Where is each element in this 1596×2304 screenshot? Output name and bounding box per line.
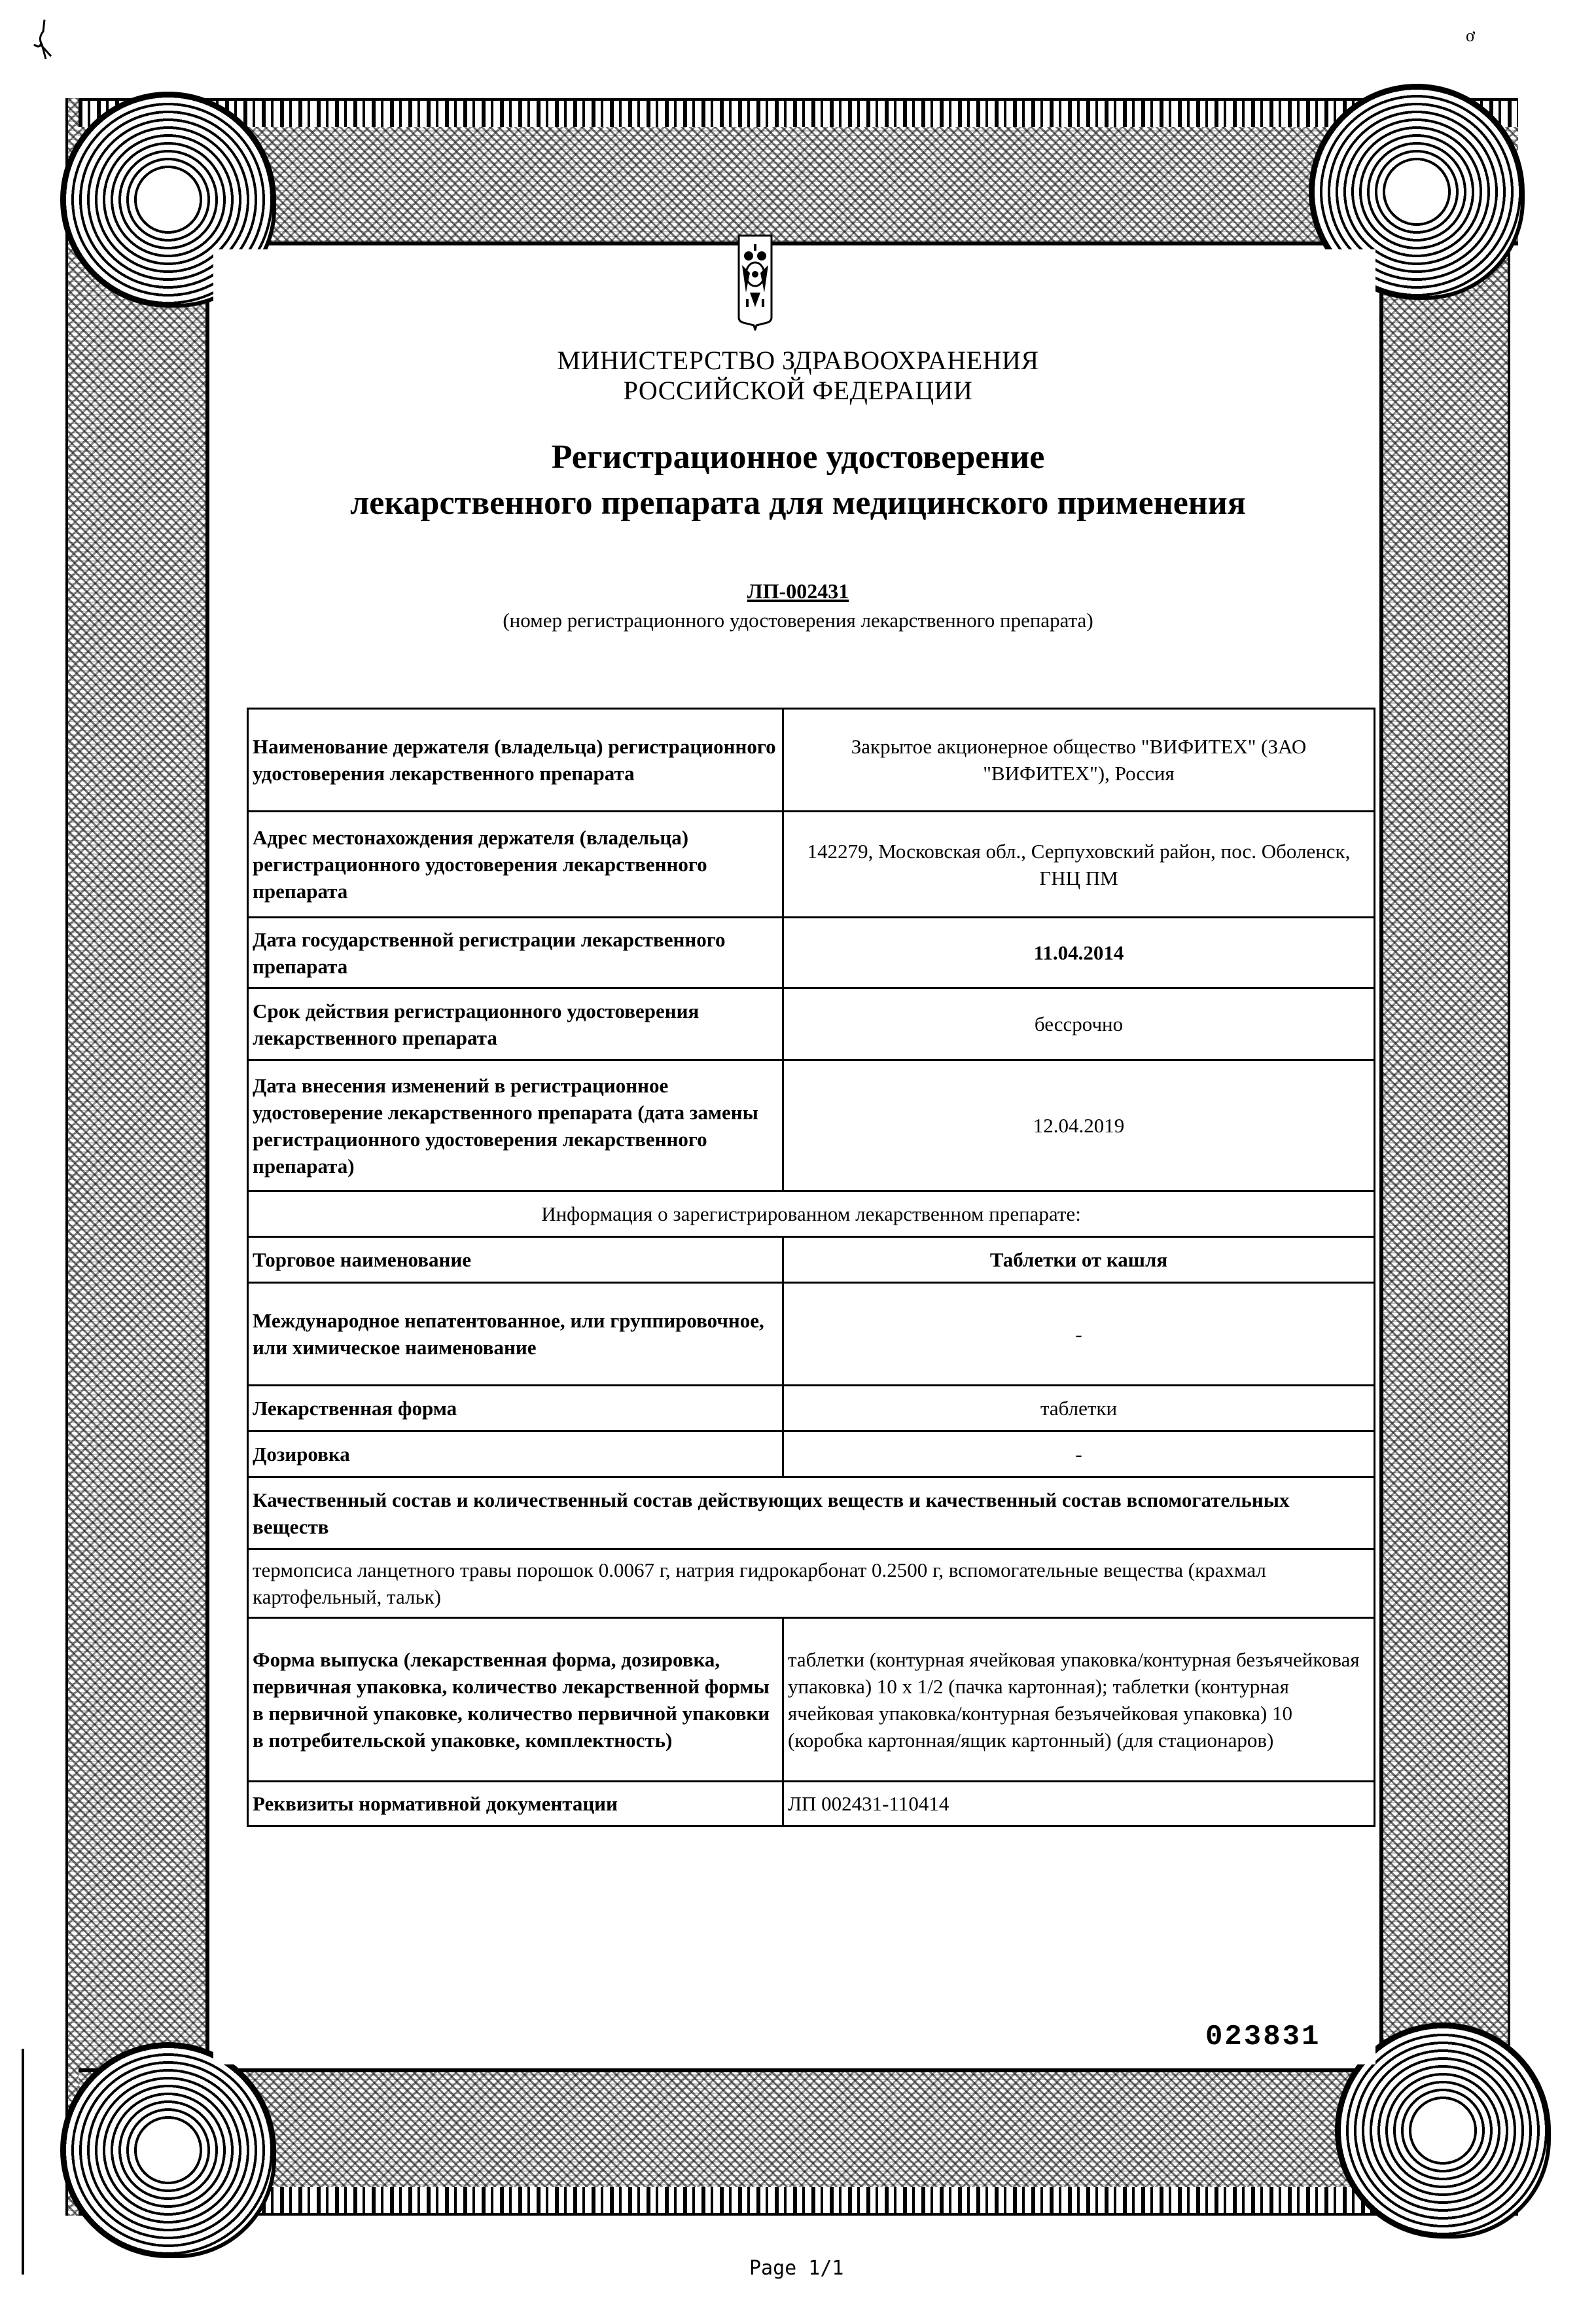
holder-address-label: Адрес местонахождения держателя (владель… bbox=[248, 812, 783, 918]
release-form-value: таблетки (контурная ячейковая упаковка/к… bbox=[783, 1618, 1375, 1782]
scan-edge-line bbox=[22, 2049, 24, 2275]
ministry-name: МИНИСТЕРСТВО ЗДРАВООХРАНЕНИЯ bbox=[0, 346, 1596, 376]
russian-coat-of-arms-icon bbox=[737, 234, 773, 331]
table-row: Информация о зарегистрированном лекарств… bbox=[248, 1191, 1375, 1237]
margin-mark: ơ bbox=[1466, 26, 1475, 46]
corner-rosette-icon bbox=[60, 2042, 276, 2258]
dosage-value: - bbox=[783, 1431, 1375, 1477]
dosage-form-label: Лекарственная форма bbox=[248, 1386, 783, 1431]
normative-doc-label: Реквизиты нормативной документации bbox=[248, 1782, 783, 1826]
table-row: Дата государственной регистрации лекарст… bbox=[248, 918, 1375, 988]
table-row: Торговое наименование Таблетки от кашля bbox=[248, 1237, 1375, 1283]
table-row: термопсиса ланцетного травы порошок 0.00… bbox=[248, 1549, 1375, 1618]
holder-name-value: Закрытое акционерное общество "ВИФИТЕХ" … bbox=[783, 709, 1375, 812]
inn-value: - bbox=[783, 1283, 1375, 1386]
table-row: Качественный состав и количественный сос… bbox=[248, 1477, 1375, 1549]
registration-date-value: 11.04.2014 bbox=[783, 918, 1375, 988]
table-row: Срок действия регистрационного удостовер… bbox=[248, 988, 1375, 1060]
composition-value: термопсиса ланцетного травы порошок 0.00… bbox=[248, 1549, 1375, 1618]
document-title: Регистрационное удостоверение bbox=[0, 437, 1596, 478]
trade-name-label: Торговое наименование bbox=[248, 1237, 783, 1283]
dosage-form-value: таблетки bbox=[783, 1386, 1375, 1431]
normative-doc-value: ЛП 002431-110414 bbox=[783, 1782, 1375, 1826]
composition-label: Качественный состав и количественный сос… bbox=[248, 1477, 1375, 1549]
decorative-border-left bbox=[65, 98, 209, 2216]
registration-details-table: Наименование держателя (владельца) регис… bbox=[247, 708, 1375, 1827]
decorative-border-right bbox=[1379, 98, 1510, 2216]
ministry-country: РОССИЙСКОЙ ФЕДЕРАЦИИ bbox=[0, 376, 1596, 406]
registration-number-value: ЛП-002431 bbox=[747, 579, 849, 603]
table-row: Адрес местонахождения держателя (владель… bbox=[248, 812, 1375, 918]
inn-label: Международное непатентованное, или групп… bbox=[248, 1283, 783, 1386]
dosage-label: Дозировка bbox=[248, 1431, 783, 1477]
registration-date-label: Дата государственной регистрации лекарст… bbox=[248, 918, 783, 988]
registration-number: ЛП-002431 bbox=[0, 579, 1596, 603]
validity-label: Срок действия регистрационного удостовер… bbox=[248, 988, 783, 1060]
table-row: Международное непатентованное, или групп… bbox=[248, 1283, 1375, 1386]
form-serial-number: 023831 bbox=[1205, 2021, 1321, 2053]
trade-name-value: Таблетки от кашля bbox=[783, 1237, 1375, 1283]
registration-number-caption: (номер регистрационного удостоверения ле… bbox=[0, 609, 1596, 632]
drug-info-section-header: Информация о зарегистрированном лекарств… bbox=[248, 1191, 1375, 1237]
amendment-date-label: Дата внесения изменений в регистрационно… bbox=[248, 1060, 783, 1191]
table-row: Реквизиты нормативной документации ЛП 00… bbox=[248, 1782, 1375, 1826]
document-subtitle: лекарственного препарата для медицинског… bbox=[0, 482, 1596, 524]
decorative-border-bottom bbox=[79, 2068, 1518, 2216]
table-row: Наименование держателя (владельца) регис… bbox=[248, 709, 1375, 812]
page-indicator: Page 1/1 bbox=[749, 2257, 844, 2280]
table-row: Форма выпуска (лекарственная форма, дози… bbox=[248, 1618, 1375, 1782]
table-row: Лекарственная форма таблетки bbox=[248, 1386, 1375, 1431]
decorative-border-top bbox=[79, 98, 1518, 245]
holder-address-value: 142279, Московская обл., Серпуховский ра… bbox=[783, 812, 1375, 918]
table-row: Дозировка - bbox=[248, 1431, 1375, 1477]
holder-name-label: Наименование держателя (владельца) регис… bbox=[248, 709, 783, 812]
handwritten-mark-icon bbox=[30, 18, 56, 71]
validity-value: бессрочно bbox=[783, 988, 1375, 1060]
amendment-date-value: 12.04.2019 bbox=[783, 1060, 1375, 1191]
release-form-label: Форма выпуска (лекарственная форма, дози… bbox=[248, 1618, 783, 1782]
table-row: Дата внесения изменений в регистрационно… bbox=[248, 1060, 1375, 1191]
